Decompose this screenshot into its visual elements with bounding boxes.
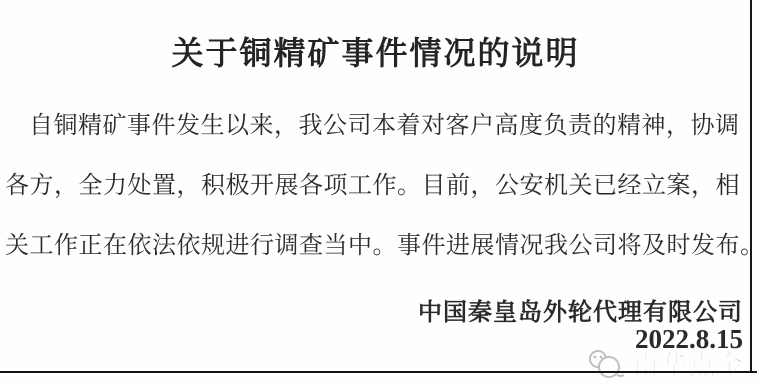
notice-document: 关于铜精矿事件情况的说明 自铜精矿事件发生以来，我公司本着对客户高度负责的精神，… — [0, 0, 757, 388]
bottom-rule-line — [0, 371, 757, 373]
right-rule-line — [750, 0, 752, 373]
document-body: 自铜精矿事件发生以来，我公司本着对客户高度负责的精神，协调 各方，全力处置，积极… — [5, 96, 741, 276]
body-line-1: 自铜精矿事件发生以来，我公司本着对客户高度负责的精神，协调 — [5, 96, 741, 156]
body-line-2: 各方，全力处置，积极开展各项工作。目前，公安机关已经立案，相 — [5, 156, 741, 216]
nanhua-mascot-icon — [585, 347, 627, 381]
watermark-label: 南华点金 — [633, 345, 745, 382]
document-title: 关于铜精矿事件情况的说明 — [0, 28, 751, 74]
body-line-3: 关工作正在依法依规进行调查当中。事件进展情况我公司将及时发布。 — [5, 216, 741, 276]
company-signature: 中国秦皇岛外轮代理有限公司 — [418, 292, 743, 327]
watermark: 南华点金 — [585, 345, 745, 382]
